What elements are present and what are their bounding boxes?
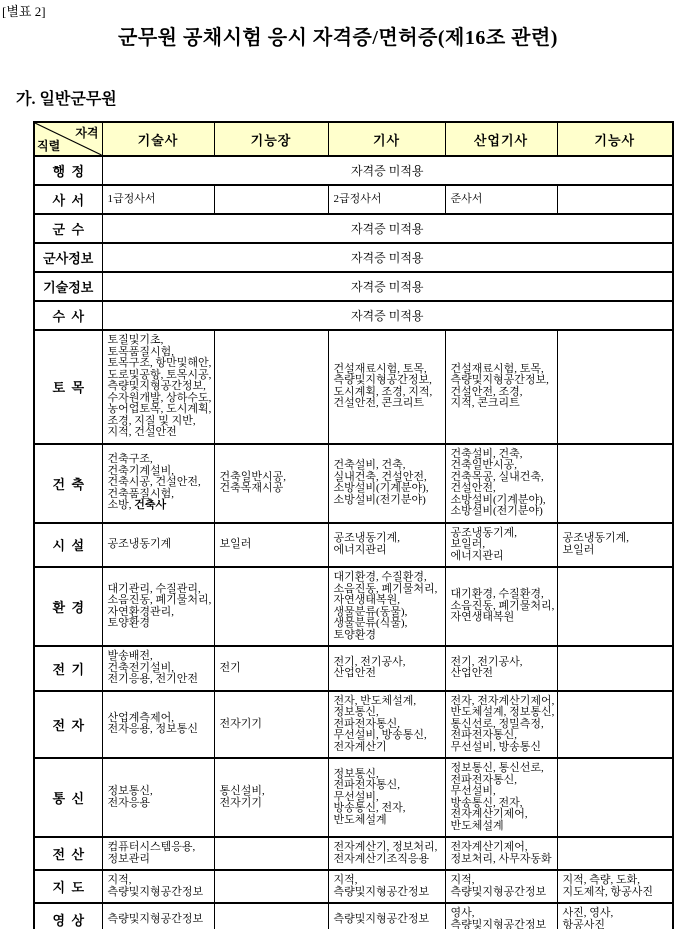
table-row: 지 도지적,측량및지형공간정보지적,측량및지형공간정보지적,측량및지형공간정보지… <box>34 870 673 903</box>
row-label: 군사정보 <box>34 243 102 272</box>
table-cell: 대기관리, 수질관리,소음진동, 폐기물처리,자연환경관리,토양환경 <box>102 567 214 646</box>
table-cell: 준사서 <box>445 185 557 214</box>
table-row: 영 상측량및지형공간정보측량및지형공간정보영사,측량및지형공간정보사진, 영사,… <box>34 903 673 929</box>
table-cell: 공조냉동기계,보일러,에너지관리 <box>445 523 557 568</box>
table-cell: 지적,측량및지형공간정보 <box>102 870 214 903</box>
table-cell <box>214 903 328 929</box>
table-cell <box>557 646 673 691</box>
table-cell: 전자계산기제어,정보처리, 사무자동화 <box>445 837 557 870</box>
document-page: [별표 2] 군무원 공채시험 응시 자격증/면허증(제16조 관련) 가. 일… <box>0 0 676 929</box>
table-cell: 토질및기초,토목품질시험,토목구조, 항만및해안,도로및공항, 토목시공,측량및… <box>102 330 214 444</box>
row-label: 시 설 <box>34 523 102 568</box>
row-label: 환 경 <box>34 567 102 646</box>
row-label: 전 기 <box>34 646 102 691</box>
table-row: 군 수자격증 미적용 <box>34 214 673 243</box>
table-row: 수 사자격증 미적용 <box>34 301 673 330</box>
row-label: 군 수 <box>34 214 102 243</box>
column-header: 산업기사 <box>445 122 557 156</box>
row-label: 건 축 <box>34 444 102 523</box>
table-cell: 컴퓨터시스템응용,정보관리 <box>102 837 214 870</box>
table-cell: 지적,측량및지형공간정보 <box>328 870 445 903</box>
table-row: 시 설공조냉동기계보일러공조냉동기계,에너지관리공조냉동기계,보일러,에너지관리… <box>34 523 673 568</box>
table-row: 전 기발송배전,건축전기설비,전기응용, 전기안전전기전기, 전기공사,산업안전… <box>34 646 673 691</box>
table-cell: 측량및지형공간정보 <box>328 903 445 929</box>
table-row: 기술정보자격증 미적용 <box>34 272 673 301</box>
table-cell <box>214 567 328 646</box>
table-cell: 공조냉동기계 <box>102 523 214 568</box>
row-label: 전 산 <box>34 837 102 870</box>
merged-not-applicable-cell: 자격증 미적용 <box>102 156 673 185</box>
row-label: 통 신 <box>34 758 102 837</box>
column-header: 기술사 <box>102 122 214 156</box>
table-row: 통 신정보통신,전자응용통신설비,전자기기정보통신,전파전자통신,무선설비,방송… <box>34 758 673 837</box>
table-cell: 건축일반시공,건축목재시공 <box>214 444 328 523</box>
row-label: 토 목 <box>34 330 102 444</box>
table-body: 행 정자격증 미적용사 서1급정사서2급정사서준사서군 수자격증 미적용군사정보… <box>34 156 673 929</box>
row-label: 영 상 <box>34 903 102 929</box>
corner-label-series: 직렬 <box>37 137 60 154</box>
table-row: 전 산컴퓨터시스템응용,정보관리전자계산기, 정보처리,전자계산기조직응용전자계… <box>34 837 673 870</box>
table-header-row: 자격 직렬 기술사기능장기사산업기사기능사 <box>34 122 673 156</box>
section-title: 가. 일반군무원 <box>0 50 676 109</box>
table-cell: 대기환경, 수질환경,소음진동, 폐기물처리,자연생태복원 <box>445 567 557 646</box>
table-cell <box>557 185 673 214</box>
table-cell: 대기환경, 수질환경,소음진동, 폐기물처리,자연생태복원,생물분류(동물),생… <box>328 567 445 646</box>
table-cell: 건설재료시험, 토목,측량및지형공간정보,도시계획, 조경, 지적,건설안전, … <box>328 330 445 444</box>
table-cell: 정보통신,전자응용 <box>102 758 214 837</box>
annex-label: [별표 2] <box>2 1 46 20</box>
row-label: 사 서 <box>34 185 102 214</box>
table-cell: 공조냉동기계,보일러 <box>557 523 673 568</box>
table-cell: 건축설비, 건축,건축일반시공,건축목공, 실내건축,건설안전,소방설비(기계분… <box>445 444 557 523</box>
table-cell <box>557 330 673 444</box>
table-cell: 측량및지형공간정보 <box>102 903 214 929</box>
table-cell <box>557 691 673 759</box>
table-cell <box>557 567 673 646</box>
table-cell: 전기, 전기공사,산업안전 <box>445 646 557 691</box>
table-cell: 전자계산기, 정보처리,전자계산기조직응용 <box>328 837 445 870</box>
table-cell: 영사,측량및지형공간정보 <box>445 903 557 929</box>
table-cell: 사진, 영사,항공사진 <box>557 903 673 929</box>
table-cell: 전자, 반도체설계,정보통신,전파전자통신,무선설비, 방송통신,전자계산기 <box>328 691 445 759</box>
table-row: 군사정보자격증 미적용 <box>34 243 673 272</box>
table-cell: 건축설비, 건축,실내건축, 건설안전,소방설비(기계분야),소방설비(전기분야… <box>328 444 445 523</box>
table-cell: 보일러 <box>214 523 328 568</box>
table-row: 환 경대기관리, 수질관리,소음진동, 폐기물처리,자연환경관리,토양환경대기환… <box>34 567 673 646</box>
table-cell: 지적,측량및지형공간정보 <box>445 870 557 903</box>
row-label: 수 사 <box>34 301 102 330</box>
table-cell <box>557 758 673 837</box>
table-cell: 통신설비,전자기기 <box>214 758 328 837</box>
table-cell: 건설재료시험, 토목,측량및지형공간정보,건설안전, 조경,지적, 콘크리트 <box>445 330 557 444</box>
table-cell: 1급정사서 <box>102 185 214 214</box>
column-header: 기사 <box>328 122 445 156</box>
table-cell: 전자기기 <box>214 691 328 759</box>
table-row: 토 목토질및기초,토목품질시험,토목구조, 항만및해안,도로및공항, 토목시공,… <box>34 330 673 444</box>
table-cell <box>214 330 328 444</box>
page-title: 군무원 공채시험 응시 자격증/면허증(제16조 관련) <box>0 0 676 50</box>
row-label: 기술정보 <box>34 272 102 301</box>
table-cell: 건축구조,건축기계설비,건축시공, 건설안전,건축품질시험,소방, 건축사 <box>102 444 214 523</box>
corner-label-qualification: 자격 <box>75 124 98 141</box>
merged-not-applicable-cell: 자격증 미적용 <box>102 272 673 301</box>
table-cell: 발송배전,건축전기설비,전기응용, 전기안전 <box>102 646 214 691</box>
table-cell <box>214 185 328 214</box>
table-cell <box>557 444 673 523</box>
merged-not-applicable-cell: 자격증 미적용 <box>102 243 673 272</box>
row-label: 행 정 <box>34 156 102 185</box>
merged-not-applicable-cell: 자격증 미적용 <box>102 301 673 330</box>
table-cell <box>214 837 328 870</box>
table-cell: 지적, 측량, 도화,지도제작, 항공사진 <box>557 870 673 903</box>
table-cell: 정보통신, 통신선로,전파전자통신,무선설비,방송통신, 전자,전자계산기제어,… <box>445 758 557 837</box>
table-row: 사 서1급정사서2급정사서준사서 <box>34 185 673 214</box>
column-header: 기능장 <box>214 122 328 156</box>
table-cell: 공조냉동기계,에너지관리 <box>328 523 445 568</box>
table-cell: 산업계측제어,전자응용, 정보통신 <box>102 691 214 759</box>
column-header: 기능사 <box>557 122 673 156</box>
table-cell: 정보통신,전파전자통신,무선설비,방송통신, 전자,반도체설계 <box>328 758 445 837</box>
table-cell <box>557 837 673 870</box>
table-cell: 전자, 전자계산기제어,반도체설계, 정보통신,통신선로, 정밀측정,전파전자통… <box>445 691 557 759</box>
table-cell: 전기, 전기공사,산업안전 <box>328 646 445 691</box>
table-cell: 2급정사서 <box>328 185 445 214</box>
table-row: 행 정자격증 미적용 <box>34 156 673 185</box>
table-cell <box>214 870 328 903</box>
qualification-table: 자격 직렬 기술사기능장기사산업기사기능사 행 정자격증 미적용사 서1급정사서… <box>33 121 674 929</box>
table-row: 건 축건축구조,건축기계설비,건축시공, 건설안전,건축품질시험,소방, 건축사… <box>34 444 673 523</box>
row-label: 지 도 <box>34 870 102 903</box>
merged-not-applicable-cell: 자격증 미적용 <box>102 214 673 243</box>
table-cell: 전기 <box>214 646 328 691</box>
corner-header-cell: 자격 직렬 <box>34 122 102 156</box>
table-row: 전 자산업계측제어,전자응용, 정보통신전자기기전자, 반도체설계,정보통신,전… <box>34 691 673 759</box>
row-label: 전 자 <box>34 691 102 759</box>
